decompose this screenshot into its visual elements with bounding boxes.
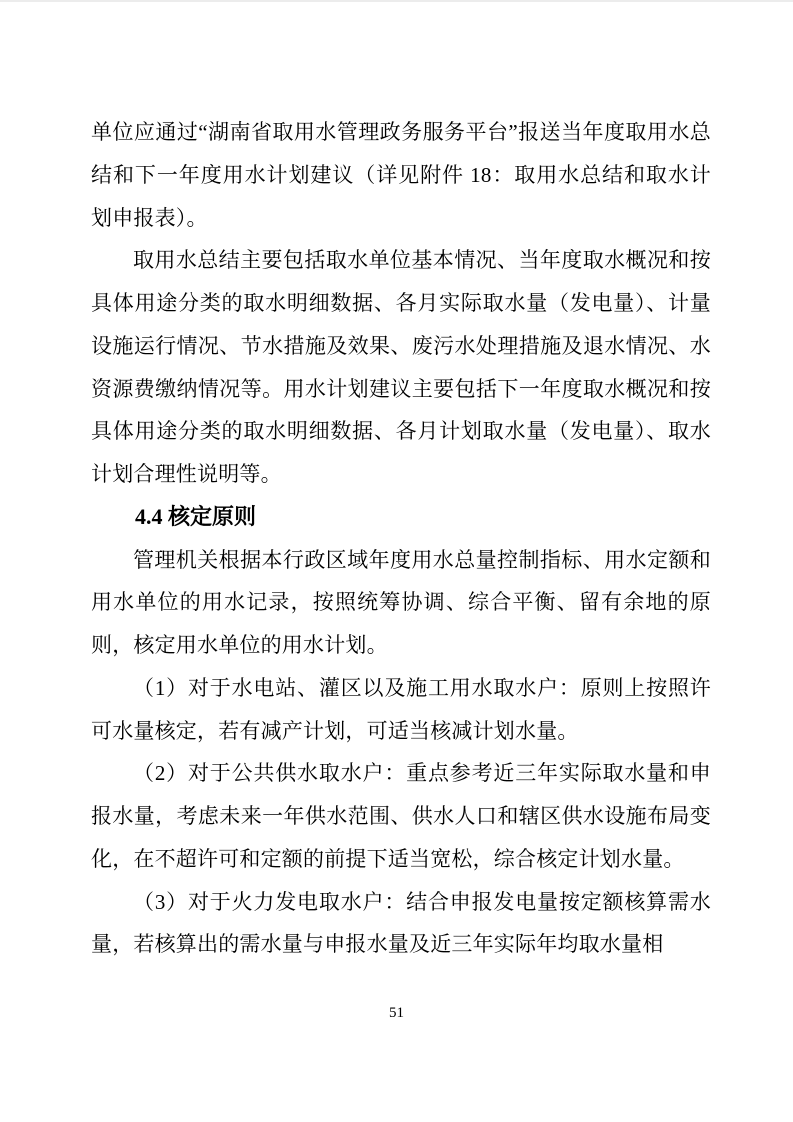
page-number: 51: [0, 1002, 793, 1024]
section-heading-4-4: 4.4 核定原则: [91, 496, 711, 539]
paragraph-verification-principle: 管理机关根据本行政区域年度用水总量控制指标、用水定额和用水单位的用水记录，按照统…: [91, 539, 711, 667]
list-item-2-public-supply: （2）对于公共供水取水户：重点参考近三年实际取水量和申报水量，考虑未来一年供水范…: [91, 752, 711, 880]
page-content: 单位应通过“湖南省取用水管理政务服务平台”报送当年度取用水总结和下一年度用水计划…: [91, 111, 711, 966]
document-page: 单位应通过“湖南省取用水管理政务服务平台”报送当年度取用水总结和下一年度用水计划…: [0, 0, 793, 1122]
paragraph-water-summary: 取用水总结主要包括取水单位基本情况、当年度取水概况和按具体用途分类的取水明细数据…: [91, 239, 711, 496]
list-item-3-thermal-power: （3）对于火力发电取水户：结合申报发电量按定额核算需水量，若核算出的需水量与申报…: [91, 881, 711, 967]
paragraph-continuation: 单位应通过“湖南省取用水管理政务服务平台”报送当年度取用水总结和下一年度用水计划…: [91, 111, 711, 239]
page-top-edge: [0, 0, 793, 2]
list-item-1-hydropower: （1）对于水电站、灌区以及施工用水取水户：原则上按照许可水量核定，若有减产计划，…: [91, 667, 711, 753]
